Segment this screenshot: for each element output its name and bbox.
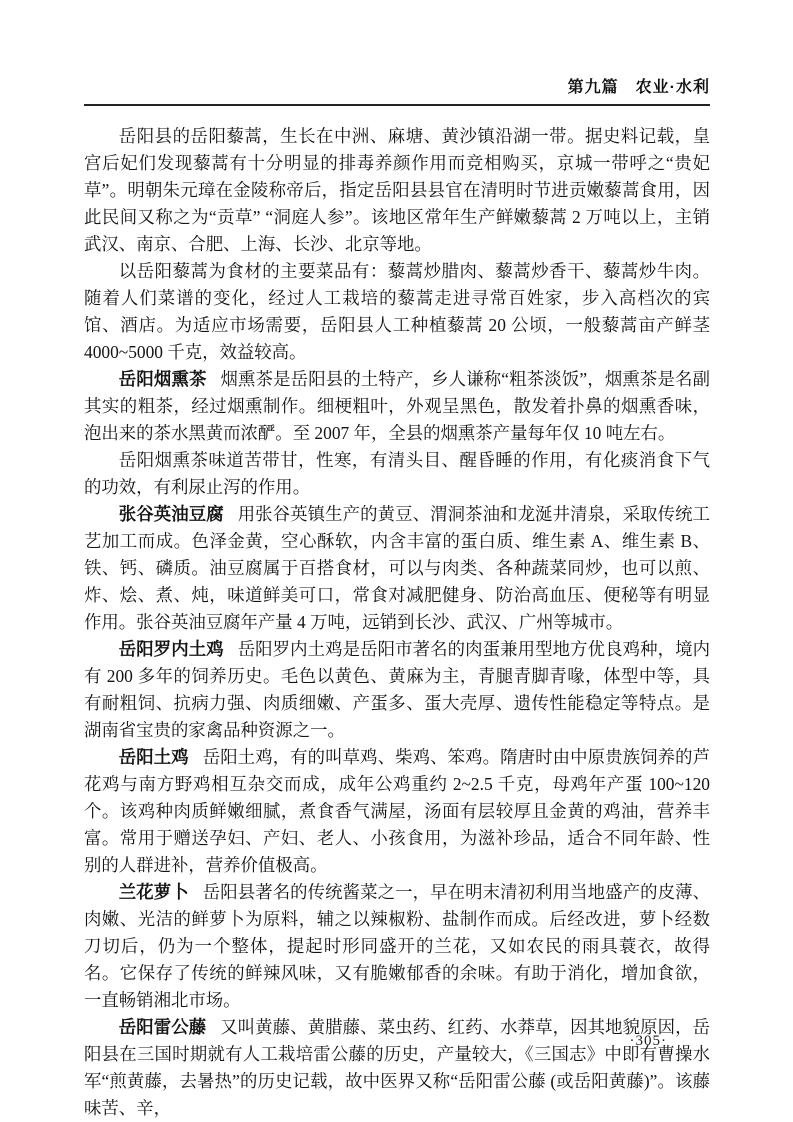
paragraph: 兰花萝卜岳阳县著名的传统酱菜之一，早在明末清初利用当地盛产的皮薄、肉嫩、光洁的鲜… <box>84 879 710 1014</box>
entry-title: 岳阳罗内土鸡 <box>119 639 224 659</box>
paragraph: 岳阳县的岳阳藜蒿，生长在中洲、麻塘、黄沙镇沿湖一带。据史料记载，皇宫后妃们发现藜… <box>84 123 710 258</box>
paragraph: 岳阳烟熏茶味道苦带甘，性寒，有清头目、醒昏睡的作用，有化痰消食下气的功效，有利尿… <box>84 447 710 501</box>
entry-title: 岳阳雷公藤 <box>119 1017 206 1037</box>
entry-title: 张谷英油豆腐 <box>119 504 224 524</box>
paragraph: 以岳阳藜蒿为食材的主要菜品有：藜蒿炒腊肉、藜蒿炒香干、藜蒿炒牛肉。随着人们菜谱的… <box>84 258 710 366</box>
entry-title: 岳阳土鸡 <box>119 747 189 767</box>
paragraph-text: 岳阳烟熏茶味道苦带甘，性寒，有清头目、醒昏睡的作用，有化痰消食下气的功效，有利尿… <box>84 450 710 497</box>
running-head-title: 第九篇 农业·水利 <box>84 0 710 97</box>
paragraph: 岳阳雷公藤又叫黄藤、黄腊藤、菜虫药、红药、水莽草，因其地貌原因，岳阳县在三国时期… <box>84 1014 710 1122</box>
paragraph-text: 岳阳县的岳阳藜蒿，生长在中洲、麻塘、黄沙镇沿湖一带。据史料记载，皇宫后妃们发现藜… <box>84 126 710 254</box>
book-page: 第九篇 农业·水利 岳阳县的岳阳藜蒿，生长在中洲、麻塘、黄沙镇沿湖一带。据史料记… <box>0 0 793 1122</box>
paragraph: 张谷英油豆腐用张谷英镇生产的黄豆、渭洞茶油和龙涎井清泉，采取传统工艺加工而成。色… <box>84 501 710 636</box>
page-header: 第九篇 农业·水利 <box>84 0 710 106</box>
entry-title: 兰花萝卜 <box>119 882 189 902</box>
page-margin-box: 第九篇 农业·水利 岳阳县的岳阳藜蒿，生长在中洲、麻塘、黄沙镇沿湖一带。据史料记… <box>84 0 710 1122</box>
paragraph: 岳阳罗内土鸡岳阳罗内土鸡是岳阳市著名的肉蛋兼用型地方优良鸡种，境内有 200 多… <box>84 636 710 744</box>
page-body: 岳阳县的岳阳藜蒿，生长在中洲、麻塘、黄沙镇沿湖一带。据史料记载，皇宫后妃们发现藜… <box>84 123 710 1122</box>
entry-title: 岳阳烟熏茶 <box>119 369 207 389</box>
header-rule <box>84 104 710 106</box>
paragraph: 岳阳烟熏茶烟熏茶是岳阳县的土特产，乡人谦称“粗茶淡饭”，烟熏茶是名副其实的粗茶，… <box>84 366 710 447</box>
paragraph-text: 以岳阳藜蒿为食材的主要菜品有：藜蒿炒腊肉、藜蒿炒香干、藜蒿炒牛肉。随着人们菜谱的… <box>84 261 710 362</box>
paragraph: 岳阳土鸡岳阳土鸡，有的叫草鸡、柴鸡、笨鸡。隋唐时由中原贵族饲养的芦花鸡与南方野鸡… <box>84 744 710 879</box>
page-number: ·305· <box>630 1033 668 1050</box>
